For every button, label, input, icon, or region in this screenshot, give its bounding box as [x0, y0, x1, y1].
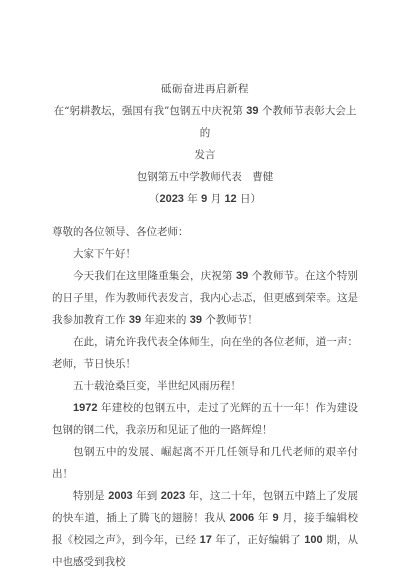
document-subtitle: 在“躬耕教坛，强国有我”包钢五中庆祝第 39 个教师节表彰大会上的: [52, 100, 358, 144]
document-subtitle-continued: 发言: [52, 144, 358, 166]
document-page: 砥砺奋进再启新程 在“躬耕教坛，强国有我”包钢五中庆祝第 39 个教师节表彰大会…: [0, 0, 410, 580]
document-body: 尊敬的各位领导、各位老师： 大家下午好！ 今天我们在这里隆重集会，庆祝第 39 …: [52, 221, 358, 573]
paragraph: 包钢五中的发展、崛起离不开几任领导和几代老师的艰辛付出！: [52, 441, 358, 485]
paragraph: 特别是 2003 年到 2023 年，这二十年，包钢五中踏上了发展的快车道，插上…: [52, 485, 358, 573]
date-line: （2023 年 9 月 12 日）: [52, 188, 358, 210]
document-heading: 砥砺奋进再启新程 在“躬耕教坛，强国有我”包钢五中庆祝第 39 个教师节表彰大会…: [52, 78, 358, 210]
paragraph: 大家下午好！: [52, 243, 358, 265]
paragraph: 今天我们在这里隆重集会，庆祝第 39 个教师节。在这个特别的日子里，作为教师代表…: [52, 265, 358, 331]
author-line: 包钢第五中学教师代表 曹健: [52, 166, 358, 188]
document-title: 砥砺奋进再启新程: [52, 78, 358, 100]
paragraph-salutation: 尊敬的各位领导、各位老师：: [52, 221, 358, 243]
paragraph: 在此，请允许我代表全体师生，向在坐的各位老师，道一声：老师，节日快乐！: [52, 331, 358, 375]
paragraph: 1972 年建校的包钢五中，走过了光辉的五十一年！作为建设包钢的钢二代，我亲历和…: [52, 397, 358, 441]
paragraph: 五十载沧桑巨变，半世纪风雨历程！: [52, 375, 358, 397]
